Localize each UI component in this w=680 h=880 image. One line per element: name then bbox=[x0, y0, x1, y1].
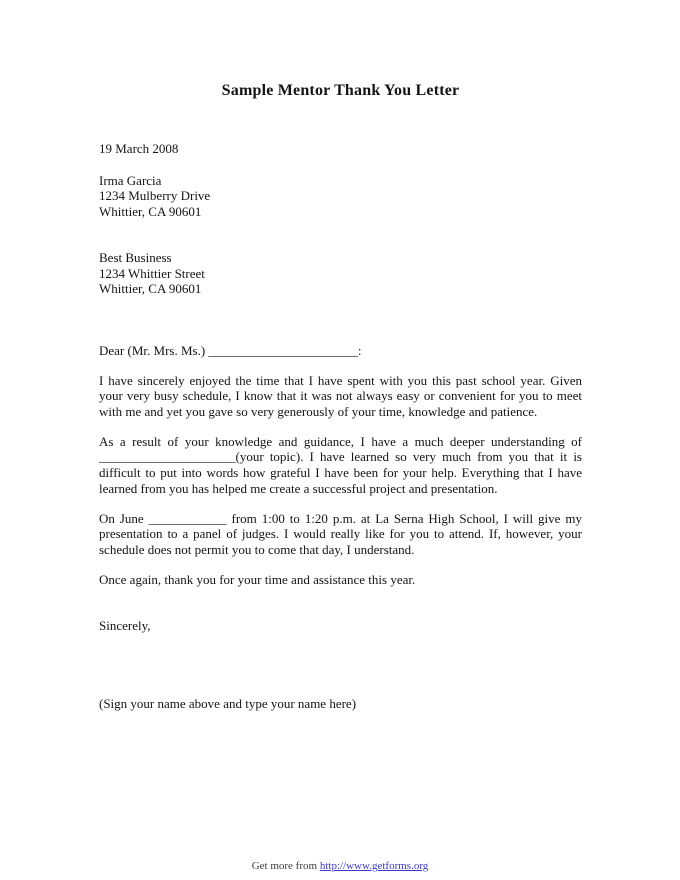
paragraph-4: Once again, thank you for your time and … bbox=[99, 572, 582, 588]
sender-street: 1234 Mulberry Drive bbox=[99, 188, 582, 204]
footer: Get more from http://www.getforms.org bbox=[0, 860, 680, 873]
sender-address: Irma Garcia 1234 Mulberry Drive Whittier… bbox=[99, 173, 582, 220]
letter-page: Sample Mentor Thank You Letter 19 March … bbox=[0, 0, 680, 880]
footer-link[interactable]: http://www.getforms.org bbox=[320, 860, 428, 872]
sender-name: Irma Garcia bbox=[99, 173, 582, 189]
paragraph-2: As a result of your knowledge and guidan… bbox=[99, 434, 582, 497]
closing: Sincerely, bbox=[99, 618, 582, 634]
paragraph-1: I have sincerely enjoyed the time that I… bbox=[99, 373, 582, 420]
recipient-name: Best Business bbox=[99, 250, 582, 266]
signature-note: (Sign your name above and type your name… bbox=[99, 696, 582, 712]
paragraph-3: On June ____________ from 1:00 to 1:20 p… bbox=[99, 511, 582, 558]
footer-prefix: Get more from bbox=[252, 860, 320, 872]
letter-content: Sample Mentor Thank You Letter 19 March … bbox=[99, 0, 582, 712]
recipient-city: Whittier, CA 90601 bbox=[99, 281, 582, 297]
salutation: Dear (Mr. Mrs. Ms.) ____________________… bbox=[99, 343, 582, 359]
letter-date: 19 March 2008 bbox=[99, 141, 582, 157]
recipient-address: Best Business 1234 Whittier Street Whitt… bbox=[99, 250, 582, 297]
recipient-street: 1234 Whittier Street bbox=[99, 266, 582, 282]
sender-city: Whittier, CA 90601 bbox=[99, 204, 582, 220]
letter-title: Sample Mentor Thank You Letter bbox=[99, 82, 582, 99]
